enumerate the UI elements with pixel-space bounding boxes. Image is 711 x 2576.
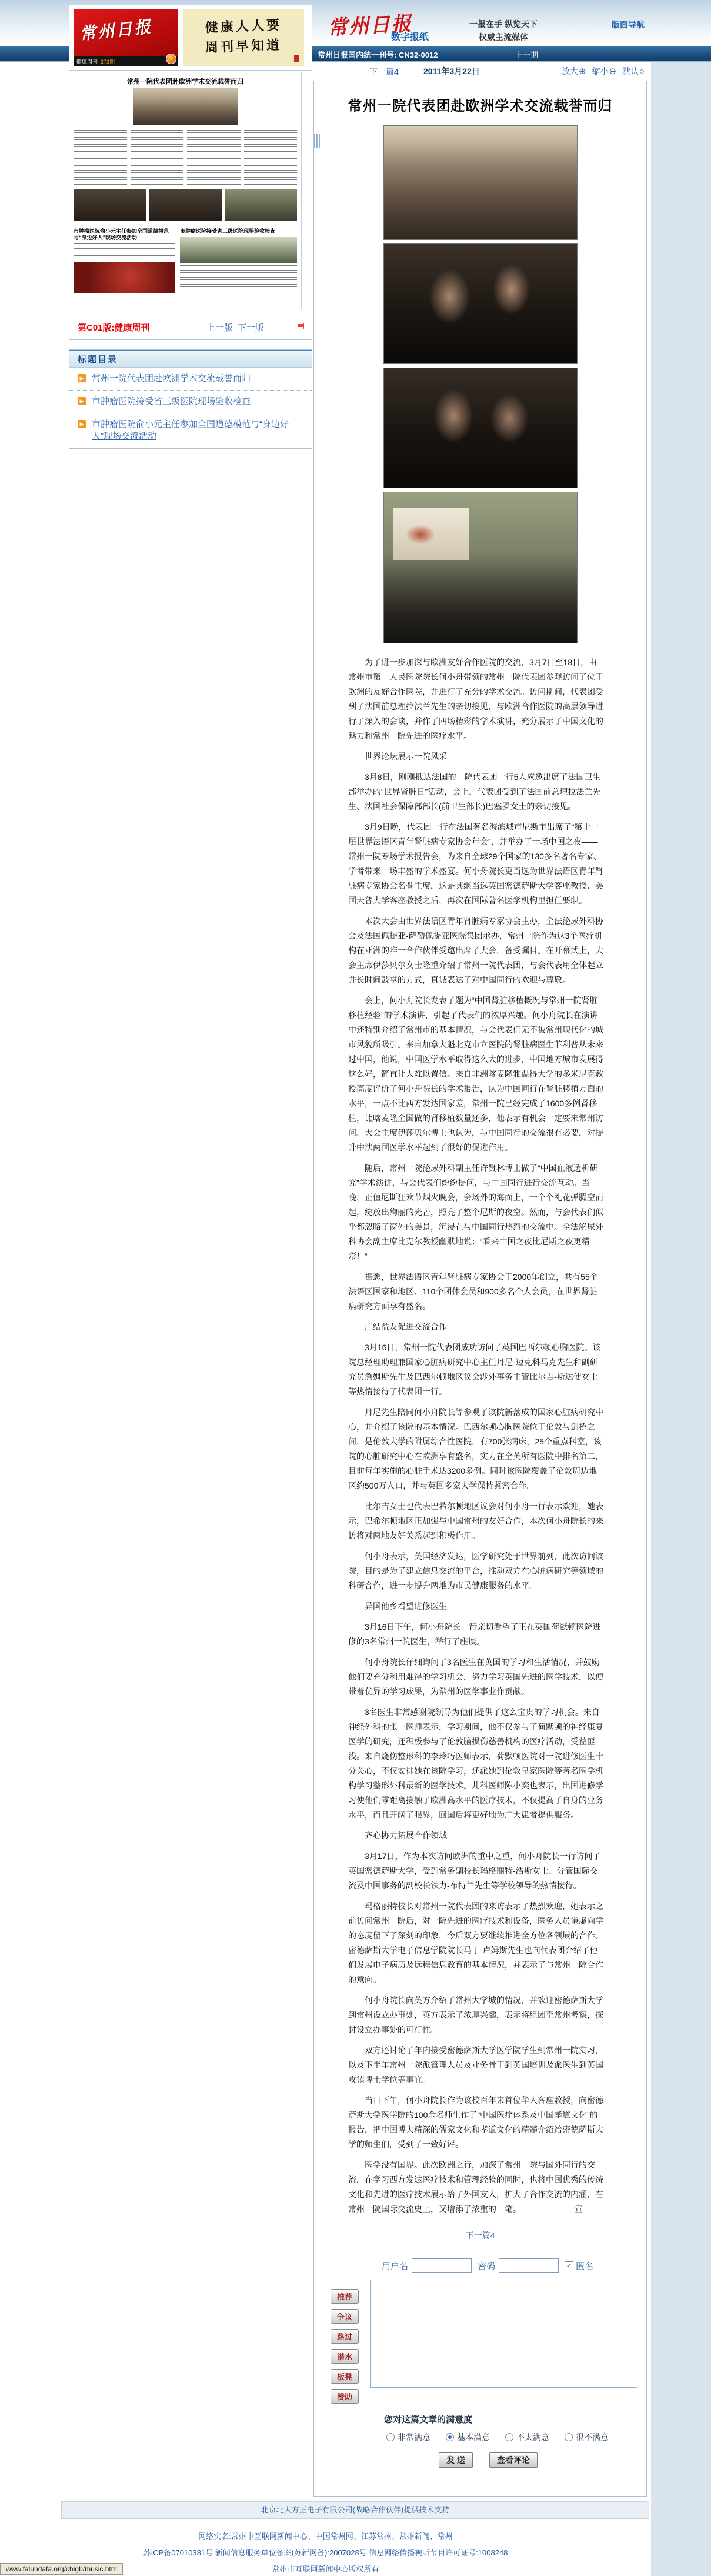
password-label: 密码 (478, 2260, 495, 2272)
thumbnail-headline: 常州一院代表团赴欧洲学术交流载誉而归 (74, 76, 297, 86)
slogan-line-2: 权威主流媒体 (459, 31, 548, 44)
page-navigation-link[interactable]: 版面导航 (612, 19, 645, 31)
article-paragraph: 玛格丽特校长对常州一院代表团的来访表示了热烈欢迎，她表示之前访问常州一院后，对一… (348, 1899, 605, 1987)
anonymous-label: 匿名 (576, 2260, 593, 2272)
site-slogan: 一报在手 纵览天下 权威主流媒体 (459, 18, 548, 44)
password-input[interactable] (499, 2258, 559, 2273)
article-paragraph: 3月16日下午，何小舟院长一行亲切看望了正在英国荷默顿医院进修的3名常州一院医生… (348, 1620, 605, 1649)
article-paragraph: 异国他乡看望进修医生 (348, 1599, 605, 1614)
article-paragraph: 世界论坛展示一院风采 (348, 749, 605, 764)
article-paragraph: 医学没有国界。此次欧洲之行，加深了常州一院与国外同行的交流，在学习西方发达医疗技… (348, 2158, 605, 2217)
article-photo-conference (383, 492, 578, 643)
prev-page-link[interactable]: 上一版 (206, 321, 233, 333)
article-paragraph: 何小舟院长仔细询问了3名医生在英国的学习和生活情况，并鼓励他们要充分利用难得的学… (348, 1655, 605, 1699)
zoom-out-link[interactable]: 缩小⊖ (592, 66, 616, 76)
masthead-image: 常州日报 健康周刊 273期 (74, 9, 178, 66)
radio-icon (446, 2433, 454, 2441)
zoom-out-icon: ⊖ (609, 66, 616, 76)
anonymous-checkbox[interactable]: ✓ (565, 2261, 573, 2270)
article-photo-handshake (383, 243, 578, 364)
article-paragraph: 随后，常州一院泌尿外科副主任许贤林博士做了“中国血液透析研究”学术演讲，与会代表… (348, 1161, 605, 1264)
comment-textarea[interactable] (370, 2280, 637, 2388)
article-paragraph: 本次大会由世界法语区青年肾脏病专家协会主办，全法泌尿外科协会及法国佩提亚-萨勒佩… (348, 914, 605, 987)
satisfaction-option[interactable]: 基本满意 (446, 2431, 490, 2443)
toc-arrow-icon: ▶ (78, 397, 86, 405)
article-toolbar: 下一篇4 2011年3月22日 放大⊕ 缩小⊖ 默认○ (313, 62, 647, 79)
view-comments-button[interactable]: 查看评论 (489, 2452, 538, 2468)
article-paragraph: 广结益友促进交流合作 (348, 1320, 605, 1334)
vote-button[interactable]: 板凳 (331, 2369, 359, 2384)
toc-arrow-icon: ▶ (78, 420, 86, 428)
article-paragraph: 丹尼先生陪同何小舟院长等参观了该院新落成的国家心脏病研究中心，并介绍了该院的基本… (348, 1405, 605, 1493)
thumbnail-text-columns (74, 128, 297, 186)
article-photo-group (383, 125, 578, 240)
toc-title: 标题目录 (78, 353, 118, 365)
toc-item-link[interactable]: 市肿瘤医院接受省三级医院现场验收检查 (92, 396, 251, 408)
zoom-reset-link[interactable]: 默认○ (622, 66, 645, 76)
zoom-in-icon: ⊕ (579, 66, 586, 76)
radio-icon (565, 2433, 573, 2441)
panel-collapse-handle[interactable] (314, 134, 322, 151)
toc-arrow-icon: ▶ (78, 374, 86, 382)
article-body: 为了进一步加深与欧洲友好合作医院的交流，3月7日至18日，由常州市第一人民医院院… (314, 643, 646, 2217)
next-article-link-top[interactable]: 下一篇4 (369, 66, 399, 78)
article-paragraph: 3月9日晚，代表团一行在法国著名海滨城市尼斯市出席了“第十一届世界法语区青年肾脏… (348, 820, 605, 908)
weekly-label: 健康周刊 (76, 58, 98, 65)
article-photo-pair (383, 368, 578, 488)
toc-box: 标题目录 ▶ 常州一院代表团赴欧洲学术交流载誉而归 ▶ 市肿瘤医院接受省三级医院… (69, 349, 312, 449)
thumbnail-story3-headline: 市肿瘤医院接受省三级医院现场验收检查 (180, 228, 297, 235)
toc-item-link[interactable]: 市肿瘤医院俞小元主任参加全国道德模范与“身边好人”现场交流活动 (92, 419, 306, 442)
radio-icon (505, 2433, 513, 2441)
comment-divider (317, 2251, 643, 2251)
comment-form: 用户名 密码 ✓ 匿名 推荐 争议 路过 潜水 板凳 赞助 (314, 2258, 646, 2474)
article-paragraph: 3月16日，常州一院代表团成功访问了英国巴西尔顿心胸医院。该院总经理助理兼国家心… (348, 1340, 605, 1399)
toc-item[interactable]: ▶ 常州一院代表团赴欧洲学术交流载誉而归 (69, 368, 312, 391)
satisfaction-option[interactable]: 不太满意 (505, 2431, 549, 2443)
tech-support-bar: 北京北大方正电子有限公司(战略合作伙伴)提供技术支持 (61, 2501, 649, 2519)
vote-buttons: 推荐 争议 路过 潜水 板凳 赞助 (331, 2289, 360, 2404)
pdf-icon[interactable]: ▤ (297, 321, 305, 331)
toc-item-link[interactable]: 常州一院代表团赴欧洲学术交流载誉而归 (92, 373, 251, 385)
article-paragraph: 3名医生非常感谢院领导为他们提供了这么宝贵的学习机会。来自神经外科的张一医师表示… (348, 1705, 605, 1823)
article-paragraph: 据悉，世界法语区青年肾脏病专家协会于2000年创立，共有55个法语区国家和地区、… (348, 1270, 605, 1314)
masthead-box: 常州日报 健康周刊 273期 健康人人要 周刊早知道 (69, 5, 312, 71)
thumbnail-bottom-stories: 市肿瘤医院俞小元主任参加全国道德模范与“身边好人”现场交流活动 市肿瘤医院接受省… (74, 225, 297, 314)
toc-header: 标题目录 (69, 350, 312, 368)
username-input[interactable] (412, 2258, 472, 2273)
slogan-line-1: 一报在手 纵览天下 (459, 18, 548, 31)
zoom-reset-icon: ○ (639, 66, 645, 76)
calligraphy-seal-icon (294, 55, 299, 62)
toc-list: ▶ 常州一院代表团赴欧洲学术交流载誉而归 ▶ 市肿瘤医院接受省三级医院现场验收检… (69, 368, 312, 448)
issue-number-label: 273期 (101, 58, 115, 65)
article-panel: 常州一院代表团赴欧洲学术交流载誉而归 为了进一步加深与欧洲友好合作医院的交流，3… (313, 81, 647, 2497)
article-photos (314, 122, 646, 643)
satisfaction-option[interactable]: 很不满意 (565, 2431, 609, 2443)
article-paragraph: 为了进一步加深与欧洲友好合作医院的交流，3月7日至18日，由常州市第一人民医院院… (348, 655, 605, 743)
site-header: 常州日报 数字报纸 一报在手 纵览天下 权威主流媒体 版面导航 (313, 5, 651, 46)
digital-paper-label: 数字报纸 (391, 29, 429, 43)
thumbnail-conference-photo (180, 237, 297, 263)
page-label: 第C01版:健康周刊 (78, 321, 150, 333)
article-paragraph: 3月8日，刚刚抵达法国的一院代表团一行5人应邀出席了法国卫生部举办的“世界肾脏日… (348, 770, 605, 814)
thumbnail-group-photo (133, 88, 238, 125)
article-paragraph: 何小舟表示，英国经济发达，医学研究处于世界前列，此次访问该院，目的是为了建立信息… (348, 1549, 605, 1593)
publish-date: 2011年3月22日 (423, 65, 480, 77)
article-paragraph: 比尔吉女士也代表巴希尔顿地区议会对何小舟一行表示欢迎，她表示，巴希尔顿地区正加强… (348, 1499, 605, 1543)
page-info-bar: 第C01版:健康周刊 上一版 下一版 ▤ (69, 313, 312, 340)
username-label: 用户名 (382, 2260, 408, 2272)
satisfaction-options: 非常满意 基本满意 不太满意 很不满意 (386, 2431, 646, 2443)
page-right-margin (651, 46, 711, 2576)
calligraphy-line-2: 周刊早知道 (183, 34, 304, 58)
vote-button[interactable]: 潜水 (331, 2349, 359, 2364)
article-paragraph: 齐心协力拓展合作领域 (348, 1828, 605, 1843)
prev-issue-link[interactable]: 上一期 (515, 49, 538, 60)
footer-realname-line: 网络实名:常州市互联网新闻中心、中国常州网、江苏常州、常州新闻、常州 (0, 2530, 651, 2541)
thumbnail-story2-headline: 市肿瘤医院俞小元主任参加全国道德模范与“身边好人”现场交流活动 (74, 228, 175, 241)
article-paragraph: 何小舟院长向英方介绍了常州大学城的情况，并欢迎密德萨斯大学到常州设立办事处，英方… (348, 1993, 605, 2037)
vote-button[interactable]: 赞助 (331, 2389, 359, 2404)
calligraphy-image: 健康人人要 周刊早知道 (183, 9, 304, 66)
masthead-paper-name: 常州日报 (78, 14, 153, 45)
masthead-logo-circle-icon (166, 54, 176, 64)
article-paragraph: 会上，何小舟院长发表了题为“中国肾脏移植概况与常州一院肾脏移植经验”的学术演讲，… (348, 993, 605, 1155)
radio-icon (386, 2433, 395, 2441)
thumbnail-stage-photo (74, 262, 175, 293)
vote-button[interactable]: 路过 (331, 2329, 359, 2344)
send-button[interactable]: 发 送 (439, 2452, 473, 2468)
article-paragraph: 当日下午，何小舟院长作为该校百年来首位华人客座教授，向密德萨斯大学医学院的100… (348, 2093, 605, 2152)
newspaper-page-thumbnail[interactable]: 常州一院代表团赴欧洲学术交流载誉而归 市肿瘤医院俞小元主任参加全国道德模范与“身… (69, 72, 302, 309)
footer-icp-line: 苏ICP备07010381号 新闻信息服务单位备案(苏新网备):2007028号… (0, 2547, 651, 2558)
next-article-link-bottom[interactable]: 下一篇4 (466, 2231, 495, 2240)
toc-item[interactable]: ▶ 市肿瘤医院俞小元主任参加全国道德模范与“身边好人”现场交流活动 (69, 413, 312, 448)
check-icon: ✓ (566, 2262, 572, 2270)
article-paragraph: 3月17日，作为本次访问欧洲的重中之重，何小舟院长一行访问了英国密德萨斯大学，受… (348, 1849, 605, 1893)
vote-button[interactable]: 推荐 (331, 2289, 359, 2304)
masthead-weekly-band: 健康周刊 273期 (74, 56, 178, 66)
satisfaction-title: 您对这篇文章的满意度 (384, 2413, 646, 2425)
satisfaction-option[interactable]: 非常满意 (386, 2431, 430, 2443)
zoom-in-link[interactable]: 放大⊕ (562, 66, 586, 76)
article-paragraph: 双方还讨论了年内接受密德萨斯大学医学院学生到常州一院实习，以及下半年常州一院派管… (348, 2043, 605, 2087)
next-page-link[interactable]: 下一版 (238, 321, 264, 333)
status-bar-url: www.falundafa.org/chigb/music.htm (0, 2563, 123, 2575)
issue-serial-number: 常州日报国内统一刊号: CN32-0012 (318, 49, 438, 60)
thumbnail-photo-row (74, 189, 297, 221)
toc-item[interactable]: ▶ 市肿瘤医院接受省三级医院现场验收检查 (69, 391, 312, 413)
vote-button[interactable]: 争议 (331, 2309, 359, 2324)
article-title: 常州一院代表团赴欧洲学术交流载誉而归 (320, 94, 640, 115)
